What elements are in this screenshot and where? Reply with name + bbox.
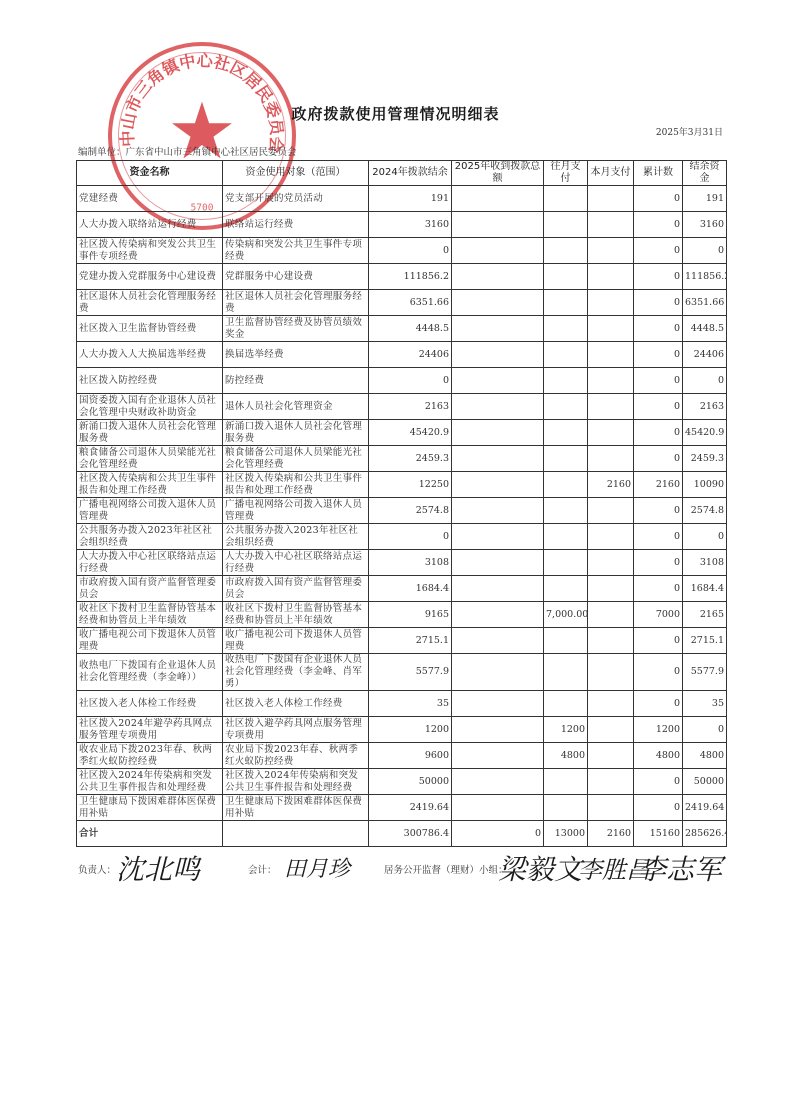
cell-prev-paid [544, 212, 588, 238]
cell-remaining: 1684.4 [683, 576, 727, 602]
cell-prev-paid [544, 576, 588, 602]
report-date: 2025年3月31日 [656, 125, 723, 138]
cell-scope: 收社区下拨村卫生监督协管基本经费和协管员上半年绩效 [223, 602, 369, 628]
cell-month-paid [588, 342, 634, 368]
cell-fund-name: 社区拨入防控经费 [77, 368, 223, 394]
cell-balance-2024: 2574.8 [369, 498, 452, 524]
cell-cumulative: 0 [634, 342, 683, 368]
cell-prev-paid [544, 795, 588, 821]
table-row: 党建经费党支部开展的党员活动1910191 [77, 186, 727, 212]
cell-scope: 农业局下拨2023年春、秋两季红火蚁防控经费 [223, 743, 369, 769]
supervision-label: 居务公开监督（理财）小组： [384, 862, 508, 876]
table-row: 收广播电视公司下拨退休人员管理费收广播电视公司下拨退休人员管理费2715.102… [77, 628, 727, 654]
cell-received-2025 [452, 691, 544, 717]
cell-balance-2024: 0 [369, 238, 452, 264]
cell-received-2025 [452, 743, 544, 769]
cell-remaining: 2163 [683, 394, 727, 420]
cell-scope: 退休人员社会化管理资金 [223, 394, 369, 420]
cell-scope: 党支部开展的党员活动 [223, 186, 369, 212]
cell-cumulative: 0 [634, 654, 683, 691]
cell-received-2025 [452, 186, 544, 212]
cell-balance-2024: 12250 [369, 472, 452, 498]
cell-month-paid [588, 498, 634, 524]
cell-remaining: 24406 [683, 342, 727, 368]
cell-month-paid [588, 654, 634, 691]
responsible-signature: 沈北鸣 [116, 848, 200, 888]
cell-balance-2024: 5577.9 [369, 654, 452, 691]
table-row: 新涌口拨入退休人员社会化管理服务费新涌口拨入退休人员社会化管理服务费45420.… [77, 420, 727, 446]
cell-month-paid [588, 290, 634, 316]
cell-fund-name: 收广播电视公司下拨退休人员管理费 [77, 628, 223, 654]
cell-balance-2024: 1684.4 [369, 576, 452, 602]
cell-prev-paid [544, 342, 588, 368]
cell-prev-paid [544, 316, 588, 342]
cell-month-paid [588, 769, 634, 795]
table-row: 粮食储备公司退休人员梁能光社会化管理经费粮食储备公司退休人员梁能光社会化管理经费… [77, 446, 727, 472]
cell-scope: 广播电视网络公司拨入退休人员管理费 [223, 498, 369, 524]
cell-scope: 卫生健康局下拨困难群体医保费用补贴 [223, 795, 369, 821]
cell-scope: 社区拨入2024年传染病和突发公共卫生事件报告和处理经费 [223, 769, 369, 795]
cell-scope: 社区退休人员社会化管理服务经费 [223, 290, 369, 316]
table-row: 人大办拨入中心社区联络站点运行经费人大办拨入中心社区联络站点运行经费310803… [77, 550, 727, 576]
document-title: 政府拨款使用管理情况明细表 [0, 103, 791, 124]
table-row: 党建办拨入党群服务中心建设费党群服务中心建设费111856.20111856.2 [77, 264, 727, 290]
cell-remaining: 285626.4 [683, 821, 727, 847]
cell-prev-paid [544, 394, 588, 420]
cell-scope: 社区拨入传染病和公共卫生事件报告和处理工作经费 [223, 472, 369, 498]
cell-fund-name: 收热电厂下拨国有企业退休人员社会化管理经费（李金峰）） [77, 654, 223, 691]
cell-fund-name: 收社区下拨村卫生监督协管基本经费和协管员上半年绩效 [77, 602, 223, 628]
cell-month-paid [588, 212, 634, 238]
cell-balance-2024: 24406 [369, 342, 452, 368]
cell-scope: 换届选举经费 [223, 342, 369, 368]
table-row: 人大办拨入联络站运行经费联络站运行经费316003160 [77, 212, 727, 238]
cell-received-2025 [452, 628, 544, 654]
col-header-remaining: 结余资金 [683, 161, 727, 186]
cell-prev-paid [544, 186, 588, 212]
cell-balance-2024: 3160 [369, 212, 452, 238]
cell-scope: 社区拨入避孕药具网点服务管理专项费用 [223, 717, 369, 743]
cell-cumulative: 15160 [634, 821, 683, 847]
cell-prev-paid [544, 691, 588, 717]
table-row: 社区拨入老人体检工作经费社区拨入老人体检工作经费35035 [77, 691, 727, 717]
cell-fund-name: 新涌口拨入退休人员社会化管理服务费 [77, 420, 223, 446]
cell-prev-paid [544, 524, 588, 550]
cell-month-paid: 2160 [588, 821, 634, 847]
cell-cumulative: 2160 [634, 472, 683, 498]
cell-balance-2024: 300786.4 [369, 821, 452, 847]
table-row: 社区拨入2024年传染病和突发公共卫生事件报告和处理经费社区拨入2024年传染病… [77, 769, 727, 795]
cell-month-paid [588, 717, 634, 743]
cell-received-2025 [452, 446, 544, 472]
cell-month-paid [588, 628, 634, 654]
cell-month-paid: 2160 [588, 472, 634, 498]
cell-remaining: 6351.66 [683, 290, 727, 316]
cell-received-2025 [452, 316, 544, 342]
cell-fund-name: 国资委拨入国有企业退休人员社会化管理中央财政补助资金 [77, 394, 223, 420]
cell-month-paid [588, 186, 634, 212]
cell-balance-2024: 191 [369, 186, 452, 212]
cell-fund-name: 党建经费 [77, 186, 223, 212]
cell-month-paid [588, 795, 634, 821]
cell-prev-paid: 4800 [544, 743, 588, 769]
cell-cumulative: 0 [634, 420, 683, 446]
cell-fund-name: 广播电视网络公司拨入退休人员管理费 [77, 498, 223, 524]
cell-cumulative: 0 [634, 212, 683, 238]
cell-prev-paid: 1200 [544, 717, 588, 743]
cell-month-paid [588, 743, 634, 769]
table-total-row: 合计300786.4013000216015160285626.4 [77, 821, 727, 847]
cell-prev-paid [544, 264, 588, 290]
col-header-cumulative: 累计数 [634, 161, 683, 186]
cell-received-2025 [452, 654, 544, 691]
cell-scope: 传染病和突发公共卫生事件专项经费 [223, 238, 369, 264]
cell-remaining: 2574.8 [683, 498, 727, 524]
cell-balance-2024: 1200 [369, 717, 452, 743]
table-row: 社区拨入卫生监督协管经费卫生监督协管经费及协管员绩效奖金4448.504448.… [77, 316, 727, 342]
cell-remaining: 0 [683, 717, 727, 743]
cell-prev-paid [544, 472, 588, 498]
col-header-month-paid: 本月支付 [588, 161, 634, 186]
cell-balance-2024: 3108 [369, 550, 452, 576]
cell-cumulative: 0 [634, 264, 683, 290]
funds-table: 资金名称 资金使用对象（范围） 2024年拨款结余 2025年收到拨款总额 往月… [76, 160, 727, 847]
cell-scope [223, 821, 369, 847]
supervision-signature-3: 李志军 [638, 848, 722, 888]
prepared-by-value: 广东省中山市三角镇中心社区居民委员会 [126, 147, 297, 158]
cell-received-2025: 0 [452, 821, 544, 847]
cell-scope: 新涌口拨入退休人员社会化管理服务费 [223, 420, 369, 446]
cell-fund-name: 市政府拨入国有资产监督管理委员会 [77, 576, 223, 602]
cell-cumulative: 0 [634, 498, 683, 524]
prepared-by-label: 编制单位： [78, 147, 126, 158]
cell-scope: 人大办拨入中心社区联络站点运行经费 [223, 550, 369, 576]
cell-received-2025 [452, 394, 544, 420]
cell-received-2025 [452, 795, 544, 821]
cell-received-2025 [452, 602, 544, 628]
cell-received-2025 [452, 420, 544, 446]
cell-cumulative: 0 [634, 795, 683, 821]
cell-received-2025 [452, 264, 544, 290]
cell-remaining: 2459.3 [683, 446, 727, 472]
cell-fund-name: 社区拨入传染病和公共卫生事件报告和处理工作经费 [77, 472, 223, 498]
cell-remaining: 4448.5 [683, 316, 727, 342]
col-header-prev-paid: 往月支付 [544, 161, 588, 186]
cell-scope: 收广播电视公司下拨退休人员管理费 [223, 628, 369, 654]
cell-fund-name: 卫生健康局下拨困难群体医保费用补贴 [77, 795, 223, 821]
cell-scope: 公共服务办拨入2023年社区社会组织经费 [223, 524, 369, 550]
cell-remaining: 45420.9 [683, 420, 727, 446]
cell-cumulative: 0 [634, 550, 683, 576]
cell-remaining: 0 [683, 238, 727, 264]
table-row: 社区拨入防控经费防控经费000 [77, 368, 727, 394]
cell-month-paid [588, 550, 634, 576]
cell-received-2025 [452, 498, 544, 524]
cell-received-2025 [452, 342, 544, 368]
cell-received-2025 [452, 717, 544, 743]
cell-remaining: 111856.2 [683, 264, 727, 290]
cell-month-paid [588, 691, 634, 717]
table-row: 社区拨入2024年避孕药具网点服务管理专项费用社区拨入避孕药具网点服务管理专项费… [77, 717, 727, 743]
cell-prev-paid: 13000 [544, 821, 588, 847]
cell-prev-paid [544, 628, 588, 654]
table-row: 社区退休人员社会化管理服务经费社区退休人员社会化管理服务经费6351.66063… [77, 290, 727, 316]
cell-prev-paid [544, 446, 588, 472]
cell-scope: 卫生监督协管经费及协管员绩效奖金 [223, 316, 369, 342]
table-row: 公共服务办拨入2023年社区社会组织经费公共服务办拨入2023年社区社会组织经费… [77, 524, 727, 550]
table-row: 收农业局下拨2023年春、秋两季红火蚁防控经费农业局下拨2023年春、秋两季红火… [77, 743, 727, 769]
cell-remaining: 35 [683, 691, 727, 717]
cell-cumulative: 0 [634, 628, 683, 654]
cell-cumulative: 1200 [634, 717, 683, 743]
cell-scope: 防控经费 [223, 368, 369, 394]
cell-balance-2024: 50000 [369, 769, 452, 795]
cell-balance-2024: 6351.66 [369, 290, 452, 316]
accountant-signature: 田月珍 [284, 852, 350, 883]
cell-cumulative: 0 [634, 769, 683, 795]
cell-month-paid [588, 576, 634, 602]
cell-remaining: 0 [683, 524, 727, 550]
cell-fund-name: 人大办拨入联络站运行经费 [77, 212, 223, 238]
cell-balance-2024: 2459.3 [369, 446, 452, 472]
cell-fund-name: 社区拨入卫生监督协管经费 [77, 316, 223, 342]
cell-received-2025 [452, 576, 544, 602]
cell-remaining: 5577.9 [683, 654, 727, 691]
col-header-fund-name: 资金名称 [77, 161, 223, 186]
supervision-signature-1: 梁毅文 [498, 848, 582, 888]
cell-cumulative: 0 [634, 691, 683, 717]
cell-prev-paid [544, 368, 588, 394]
cell-prev-paid [544, 420, 588, 446]
cell-fund-name: 公共服务办拨入2023年社区社会组织经费 [77, 524, 223, 550]
cell-prev-paid [544, 238, 588, 264]
table-row: 收热电厂下拨国有企业退休人员社会化管理经费（李金峰））收热电厂下拨国有企业退休人… [77, 654, 727, 691]
cell-balance-2024: 9600 [369, 743, 452, 769]
cell-scope: 粮食储备公司退休人员梁能光社会化管理经费 [223, 446, 369, 472]
cell-cumulative: 4800 [634, 743, 683, 769]
cell-cumulative: 0 [634, 524, 683, 550]
cell-prev-paid [544, 769, 588, 795]
cell-prev-paid [544, 290, 588, 316]
cell-cumulative: 0 [634, 446, 683, 472]
cell-received-2025 [452, 550, 544, 576]
cell-cumulative: 7000 [634, 602, 683, 628]
cell-balance-2024: 35 [369, 691, 452, 717]
cell-balance-2024: 2715.1 [369, 628, 452, 654]
cell-balance-2024: 0 [369, 368, 452, 394]
cell-fund-name: 社区退休人员社会化管理服务经费 [77, 290, 223, 316]
cell-scope: 市政府拨入国有资产监督管理委员会 [223, 576, 369, 602]
cell-fund-name: 社区拨入老人体检工作经费 [77, 691, 223, 717]
cell-balance-2024: 4448.5 [369, 316, 452, 342]
cell-fund-name: 人大办拨入中心社区联络站点运行经费 [77, 550, 223, 576]
table-header-row: 资金名称 资金使用对象（范围） 2024年拨款结余 2025年收到拨款总额 往月… [77, 161, 727, 186]
cell-cumulative: 0 [634, 394, 683, 420]
cell-scope: 党群服务中心建设费 [223, 264, 369, 290]
cell-balance-2024: 45420.9 [369, 420, 452, 446]
col-header-scope: 资金使用对象（范围） [223, 161, 369, 186]
table-row: 人大办拨入人大换届选举经费换届选举经费24406024406 [77, 342, 727, 368]
cell-remaining: 0 [683, 368, 727, 394]
cell-received-2025 [452, 524, 544, 550]
cell-balance-2024: 111856.2 [369, 264, 452, 290]
cell-month-paid [588, 238, 634, 264]
cell-cumulative: 0 [634, 186, 683, 212]
cell-received-2025 [452, 368, 544, 394]
cell-month-paid [588, 368, 634, 394]
cell-fund-name: 社区拨入传染病和突发公共卫生事件专项经费 [77, 238, 223, 264]
cell-prev-paid [544, 654, 588, 691]
cell-cumulative: 0 [634, 576, 683, 602]
cell-fund-name: 粮食储备公司退休人员梁能光社会化管理经费 [77, 446, 223, 472]
cell-cumulative: 0 [634, 290, 683, 316]
table-row: 广播电视网络公司拨入退休人员管理费广播电视网络公司拨入退休人员管理费2574.8… [77, 498, 727, 524]
cell-remaining: 50000 [683, 769, 727, 795]
cell-month-paid [588, 446, 634, 472]
cell-received-2025 [452, 472, 544, 498]
cell-fund-name: 人大办拨入人大换届选举经费 [77, 342, 223, 368]
cell-remaining: 3108 [683, 550, 727, 576]
cell-remaining: 191 [683, 186, 727, 212]
table-row: 社区拨入传染病和公共卫生事件报告和处理工作经费社区拨入传染病和公共卫生事件报告和… [77, 472, 727, 498]
cell-month-paid [588, 264, 634, 290]
cell-prev-paid [544, 550, 588, 576]
cell-remaining: 2715.1 [683, 628, 727, 654]
cell-cumulative: 0 [634, 368, 683, 394]
cell-scope: 联络站运行经费 [223, 212, 369, 238]
table-row: 市政府拨入国有资产监督管理委员会市政府拨入国有资产监督管理委员会1684.401… [77, 576, 727, 602]
cell-balance-2024: 9165 [369, 602, 452, 628]
accountant-label: 会计： [248, 862, 277, 876]
cell-month-paid [588, 394, 634, 420]
cell-received-2025 [452, 212, 544, 238]
responsible-label: 负责人： [78, 862, 116, 876]
cell-fund-name: 社区拨入2024年避孕药具网点服务管理专项费用 [77, 717, 223, 743]
cell-month-paid [588, 524, 634, 550]
cell-month-paid [588, 316, 634, 342]
cell-fund-name: 党建办拨入党群服务中心建设费 [77, 264, 223, 290]
cell-fund-name: 合计 [77, 821, 223, 847]
prepared-by: 编制单位：广东省中山市三角镇中心社区居民委员会 [78, 144, 297, 158]
cell-fund-name: 收农业局下拨2023年春、秋两季红火蚁防控经费 [77, 743, 223, 769]
col-header-received-2025: 2025年收到拨款总额 [452, 161, 544, 186]
cell-month-paid [588, 420, 634, 446]
cell-remaining: 4800 [683, 743, 727, 769]
cell-fund-name: 社区拨入2024年传染病和突发公共卫生事件报告和处理经费 [77, 769, 223, 795]
cell-remaining: 3160 [683, 212, 727, 238]
table-row: 收社区下拨村卫生监督协管基本经费和协管员上半年绩效收社区下拨村卫生监督协管基本经… [77, 602, 727, 628]
table-row: 国资委拨入国有企业退休人员社会化管理中央财政补助资金退休人员社会化管理资金216… [77, 394, 727, 420]
cell-prev-paid [544, 498, 588, 524]
col-header-balance-2024: 2024年拨款结余 [369, 161, 452, 186]
table-row: 社区拨入传染病和突发公共卫生事件专项经费传染病和突发公共卫生事件专项经费000 [77, 238, 727, 264]
cell-prev-paid: 7,000.00 [544, 602, 588, 628]
cell-month-paid [588, 602, 634, 628]
cell-received-2025 [452, 238, 544, 264]
cell-cumulative: 0 [634, 238, 683, 264]
cell-balance-2024: 2163 [369, 394, 452, 420]
cell-cumulative: 0 [634, 316, 683, 342]
cell-scope: 社区拨入老人体检工作经费 [223, 691, 369, 717]
cell-remaining: 10090 [683, 472, 727, 498]
table-row: 卫生健康局下拨困难群体医保费用补贴卫生健康局下拨困难群体医保费用补贴2419.6… [77, 795, 727, 821]
cell-remaining: 2165 [683, 602, 727, 628]
cell-scope: 收热电厂下拨国有企业退休人员社会化管理经费（李金峰、肖军勇） [223, 654, 369, 691]
cell-balance-2024: 2419.64 [369, 795, 452, 821]
cell-remaining: 2419.64 [683, 795, 727, 821]
cell-balance-2024: 0 [369, 524, 452, 550]
cell-received-2025 [452, 290, 544, 316]
cell-received-2025 [452, 769, 544, 795]
